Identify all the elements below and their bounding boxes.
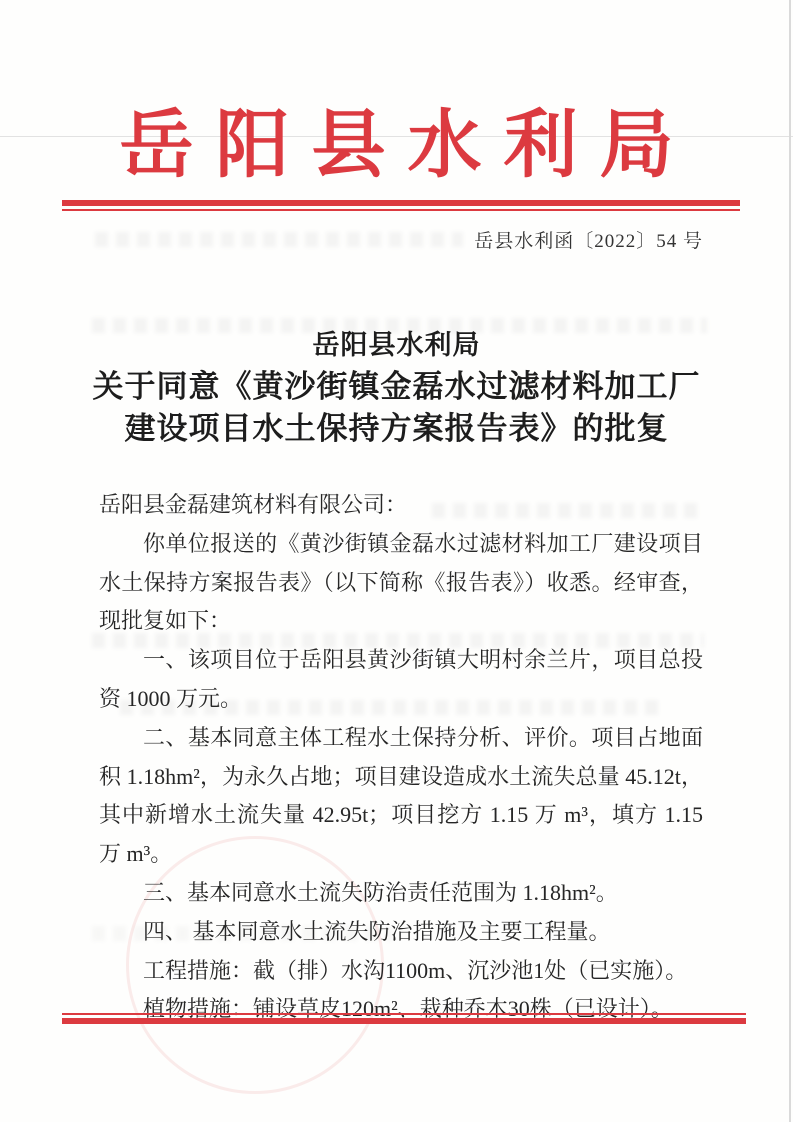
body-paragraph: 工程措施：截（排）水沟1100m、沉沙池1处（已实施）。 bbox=[99, 952, 703, 991]
salutation: 岳阳县金磊建筑材料有限公司： bbox=[99, 486, 703, 525]
document-body: 岳阳县金磊建筑材料有限公司： 你单位报送的《黄沙街镇金磊水过滤材料加工厂建设项目… bbox=[99, 486, 703, 1029]
document-title-line: 岳阳县水利局 bbox=[0, 324, 793, 366]
document-title: 岳阳县水利局关于同意《黄沙街镇金磊水过滤材料加工厂建设项目水土保持方案报告表》的… bbox=[0, 324, 793, 450]
document-number: 岳县水利函〔2022〕54 号 bbox=[474, 226, 703, 253]
letterhead-rule bbox=[62, 200, 740, 211]
document-title-line: 关于同意《黄沙街镇金磊水过滤材料加工厂 bbox=[0, 366, 793, 408]
scan-artifact-smudge bbox=[95, 232, 463, 247]
footer-rule bbox=[62, 1013, 746, 1024]
body-paragraph: 一、该项目位于岳阳县黄沙街镇大明村余兰片，项目总投资 1000 万元。 bbox=[99, 641, 703, 719]
body-paragraph: 四、 基本同意水土流失防治措施及主要工程量。 bbox=[99, 913, 703, 952]
body-paragraph: 二、基本同意主体工程水土保持分析、评价。项目占地面积 1.18hm²，为永久占地… bbox=[99, 719, 703, 874]
letterhead-title: 岳阳县水利局 bbox=[0, 102, 793, 191]
scanned-document-page: 岳阳县水利局 岳县水利函〔2022〕54 号 岳阳县水利局关于同意《黄沙街镇金磊… bbox=[0, 0, 793, 1122]
body-paragraph: 三、基本同意水土流失防治责任范围为 1.18hm²。 bbox=[99, 874, 703, 913]
document-title-line: 建设项目水土保持方案报告表》的批复 bbox=[0, 408, 793, 450]
body-paragraph: 你单位报送的《黄沙街镇金磊水过滤材料加工厂建设项目水土保持方案报告表》（以下简称… bbox=[99, 525, 703, 641]
